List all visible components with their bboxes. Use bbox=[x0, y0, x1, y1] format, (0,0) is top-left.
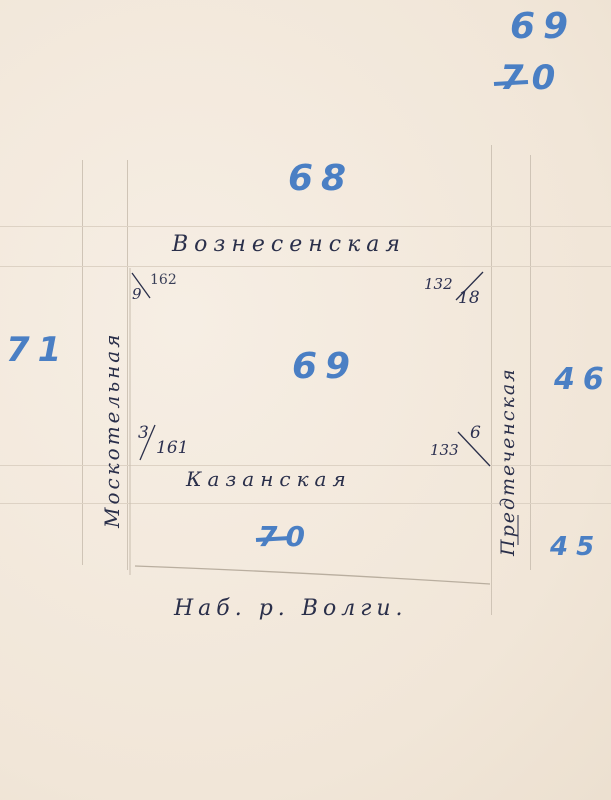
house-number-sw-a: 3 bbox=[138, 423, 149, 443]
street-name-north: Вознесенская bbox=[172, 232, 406, 257]
block-number-west: 71 bbox=[6, 330, 69, 370]
street-name-south: Казанская bbox=[186, 467, 352, 491]
house-number-nw-a: 9 bbox=[132, 285, 142, 303]
house-number-ne-b: 18 bbox=[458, 288, 480, 308]
corner-label-top: 69 bbox=[510, 6, 576, 47]
embankment-label: Наб. р. Волги. bbox=[174, 596, 408, 621]
house-number-nw-b: 162 bbox=[150, 272, 177, 288]
block-number-south: 70 bbox=[258, 520, 313, 553]
house-number-se-b: 6 bbox=[470, 423, 481, 443]
house-number-se-a: 133 bbox=[430, 441, 459, 459]
house-number-sw-b: 161 bbox=[156, 438, 188, 458]
block-number-east-lower: 45 bbox=[550, 532, 602, 562]
house-number-ne-a: 132 bbox=[424, 275, 453, 293]
street-name-east: Предтеченская bbox=[497, 367, 519, 556]
street-name-west: Москотельная bbox=[100, 332, 124, 528]
block-number-north: 68 bbox=[288, 158, 354, 199]
embankment-line bbox=[0, 0, 611, 800]
corner-label-struck: 70 bbox=[500, 58, 563, 98]
block-number-center: 69 bbox=[292, 346, 358, 387]
block-number-east-upper: 46 bbox=[554, 362, 611, 397]
